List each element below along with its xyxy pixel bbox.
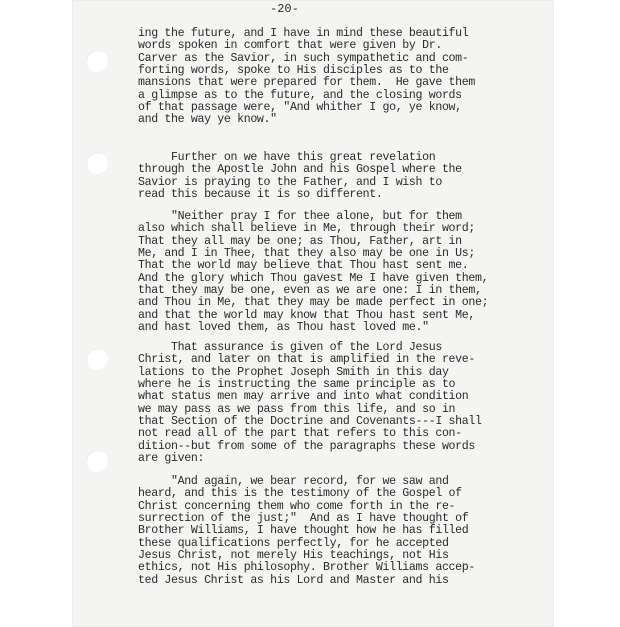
text-line: and the way ye know." (138, 114, 475, 126)
typed-page: -20- ing the future, and I have in mind … (72, 0, 554, 627)
text-line: ted Jesus Christ as his Lord and Master … (138, 575, 475, 587)
paragraph: "Neither pray I for thee alone, but for … (138, 211, 488, 334)
text-line: not read all of the part that refers to … (138, 428, 482, 440)
paragraph: That assurance is given of the Lord Jesu… (138, 342, 482, 465)
text-line: what status men may arrive and into what… (138, 391, 482, 403)
page-number: -20- (270, 2, 299, 16)
paragraph: "And again, we bear record, for we saw a… (138, 476, 475, 587)
text-line: Christ, and later on that is amplified i… (138, 354, 482, 366)
paragraph: ing the future, and I have in mind these… (138, 28, 475, 127)
text-line: ethics, not His philosophy. Brother Will… (138, 562, 475, 574)
text-line: words spoken in comfort that were given … (138, 40, 475, 52)
text-line: mansions that were prepared for them. He… (138, 77, 475, 89)
punch-hole (86, 152, 108, 174)
text-line: That the world may believe that Thou has… (138, 260, 488, 272)
text-line: and hast loved them, as Thou hast loved … (138, 322, 488, 334)
punch-hole (86, 450, 108, 472)
text-line: and Thou in Me, that they may be made pe… (138, 297, 488, 309)
text-line: are given: (138, 453, 482, 465)
paragraph: Further on we have this great revelation… (138, 152, 462, 201)
text-line: Brother Williams, I have thought how he … (138, 525, 475, 537)
punch-hole (86, 348, 108, 370)
text-line: heard, and this is the testimony of the … (138, 488, 475, 500)
text-line: also which shall believe in Me, through … (138, 223, 488, 235)
text-line: through the Apostle John and his Gospel … (138, 164, 462, 176)
text-line: read this because it is so different. (138, 189, 462, 201)
punch-hole (86, 50, 108, 72)
